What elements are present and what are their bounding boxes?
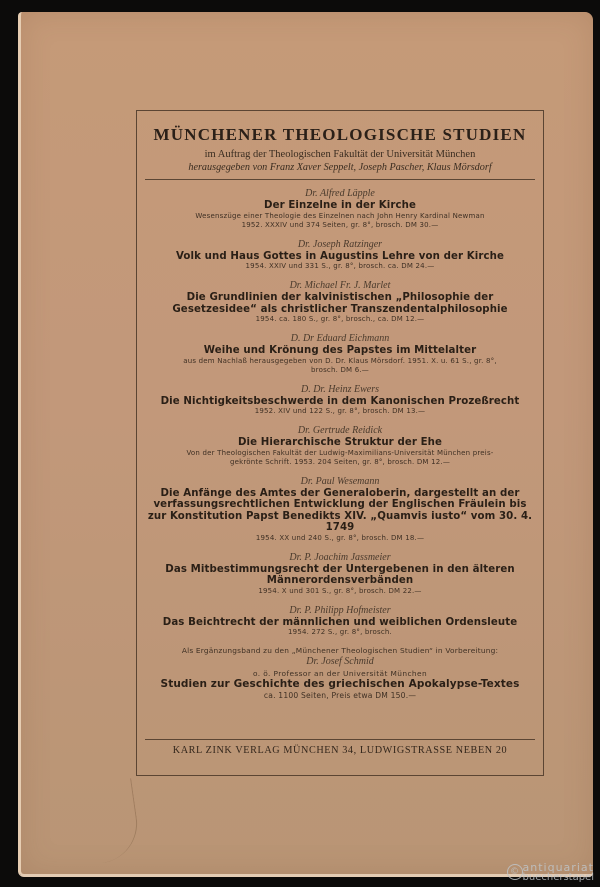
book-details: 1952. XIV und 122 S., gr. 8°, brosch. DM…	[143, 407, 537, 416]
supplement-details: ca. 1100 Seiten, Preis etwa DM 150.—	[143, 691, 537, 700]
book-author: D. Dr Eduard Eichmann	[143, 333, 537, 345]
book-details: 1954. ca. 180 S., gr. 8°, brosch., ca. D…	[143, 315, 537, 324]
book-details: 1954. X und 301 S., gr. 8°, brosch. DM 2…	[143, 587, 537, 596]
supplement-title: Studien zur Geschichte des griechischen …	[143, 679, 537, 691]
book-list: Dr. Alfred Läpple Der Einzelne in der Ki…	[137, 180, 543, 700]
publisher-address: KARL ZINK VERLAG MÜNCHEN 34, LUDWIGSTRAS…	[137, 745, 543, 756]
book-details: 1954. XX und 240 S., gr. 8°, brosch. DM …	[143, 534, 537, 543]
book-author: Dr. P. Philipp Hofmeister	[143, 605, 537, 617]
series-header: MÜNCHENER THEOLOGISCHE STUDIEN im Auftra…	[137, 111, 543, 173]
book-title: Der Einzelne in der Kirche	[143, 200, 537, 212]
book-entry: Dr. Gertrude Reidick Die Hierarchische S…	[143, 425, 537, 467]
book-title: Das Mitbestimmungsrecht der Untergebenen…	[143, 564, 537, 587]
footer-divider	[145, 739, 535, 740]
book-title: Die Hierarchische Struktur der Ehe	[143, 437, 537, 449]
book-author: Dr. Michael Fr. J. Marlet	[143, 280, 537, 292]
book-title: Die Grundlinien der kalvinistischen „Phi…	[143, 292, 537, 315]
book-details: 1954. 272 S., gr. 8°, brosch.	[143, 628, 537, 637]
book-title: Weihe und Krönung des Papstes im Mittela…	[143, 345, 537, 357]
series-editors: herausgegeben von Franz Xaver Seppelt, J…	[137, 162, 543, 173]
book-entry: Dr. P. Joachim Jassmeier Das Mitbestimmu…	[143, 552, 537, 596]
book-title: Die Anfänge des Amtes der Generaloberin,…	[143, 488, 537, 534]
book-entry: Dr. Michael Fr. J. Marlet Die Grundlinie…	[143, 280, 537, 324]
book-entry: Dr. P. Philipp Hofmeister Das Beichtrech…	[143, 605, 537, 638]
book-author: Dr. Gertrude Reidick	[143, 425, 537, 437]
book-back-cover: MÜNCHENER THEOLOGISCHE STUDIEN im Auftra…	[18, 12, 593, 877]
series-title: MÜNCHENER THEOLOGISCHE STUDIEN	[137, 125, 543, 145]
advertisement-frame: MÜNCHENER THEOLOGISCHE STUDIEN im Auftra…	[136, 110, 544, 776]
book-entry: Dr. Joseph Ratzinger Volk und Haus Gotte…	[143, 239, 537, 272]
book-entry: Dr. Paul Wesemann Die Anfänge des Amtes …	[143, 476, 537, 543]
book-details: gekrönte Schrift. 1953. 204 Seiten, gr. …	[143, 458, 537, 467]
book-details: 1954. XXIV und 331 S., gr. 8°, brosch. c…	[143, 262, 537, 271]
book-author: Dr. Paul Wesemann	[143, 476, 537, 488]
book-author: Dr. P. Joachim Jassmeier	[143, 552, 537, 564]
watermark-line2: buecherstapel	[523, 873, 594, 883]
book-title: Das Beichtrecht der männlichen und weibl…	[143, 617, 537, 629]
book-details: 1952. XXXIV und 374 Seiten, gr. 8°, bros…	[143, 221, 537, 230]
book-details: brosch. DM 6.—	[143, 366, 537, 375]
supplement-entry: Als Ergänzungsband zu den „Münchener The…	[143, 646, 537, 700]
book-details: aus dem Nachlaß herausgegeben von D. Dr.…	[143, 357, 537, 366]
book-author: Dr. Joseph Ratzinger	[143, 239, 537, 251]
book-entry: D. Dr. Heinz Ewers Die Nichtigkeitsbesch…	[143, 384, 537, 417]
book-title: Die Nichtigkeitsbeschwerde in dem Kanoni…	[143, 396, 537, 408]
book-title: Volk und Haus Gottes in Augustins Lehre …	[143, 251, 537, 263]
book-author: D. Dr. Heinz Ewers	[143, 384, 537, 396]
book-details: Wesenszüge einer Theologie des Einzelnen…	[143, 212, 537, 221]
copyright-icon: ©	[507, 864, 523, 880]
series-subtitle: im Auftrag der Theologischen Fakultät de…	[137, 149, 543, 160]
water-stain	[71, 778, 143, 866]
supplement-author: Dr. Josef Schmid	[143, 656, 537, 668]
book-author: Dr. Alfred Läpple	[143, 188, 537, 200]
book-entry: Dr. Alfred Läpple Der Einzelne in der Ki…	[143, 188, 537, 230]
book-details: Von der Theologischen Fakultät der Ludwi…	[143, 449, 537, 458]
watermark: © antiquariat buecherstapel	[523, 863, 594, 883]
book-entry: D. Dr Eduard Eichmann Weihe und Krönung …	[143, 333, 537, 375]
supplement-intro: Als Ergänzungsband zu den „Münchener The…	[143, 646, 537, 656]
